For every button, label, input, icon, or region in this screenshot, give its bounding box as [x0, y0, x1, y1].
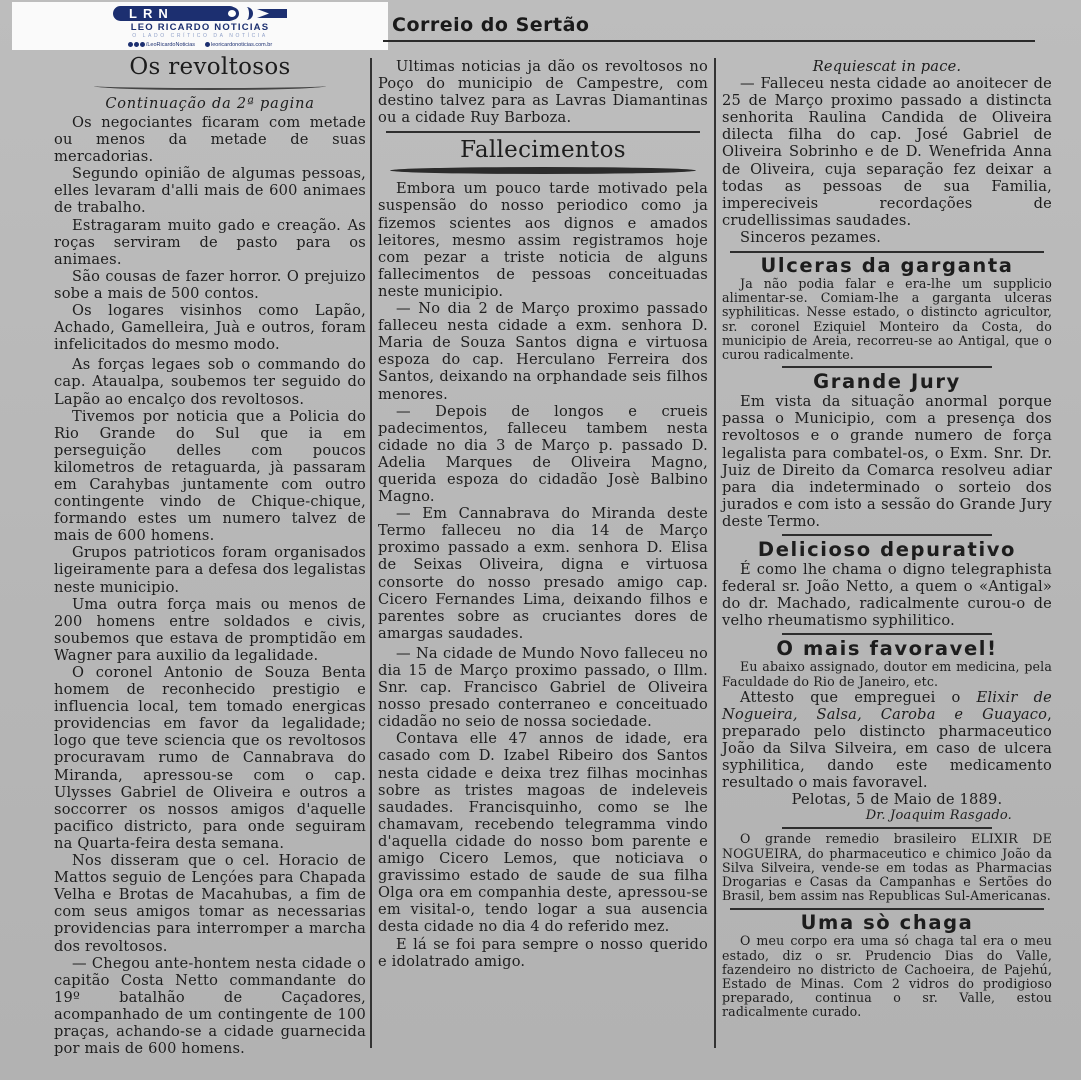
paragraph: Embora um pouco tarde motivado pela susp…: [378, 180, 708, 300]
paragraph: — Depois de longos e crueis padecimentos…: [378, 403, 708, 506]
paragraph: Nos disseram que o cel. Horacio de Matto…: [54, 852, 366, 955]
paragraph: Uma outra força mais ou menos de 200 hom…: [54, 596, 366, 664]
paragraph-continued: — Chegou ante-hontem nesta cidade o capi…: [54, 955, 366, 1058]
paragraph: Tivemos por noticia que a Policia do Rio…: [54, 408, 366, 545]
article-title-revoltosos: Os revoltosos: [54, 52, 366, 82]
paragraph: O coronel Antonio de Souza Benta homem d…: [54, 664, 366, 852]
column-divider: [370, 58, 372, 1048]
newspaper-page: LRN LEO RICARDO NOTICIAS O LADO CRÍTICO …: [0, 0, 1081, 1080]
paragraph: As forças legaes sob o commando do cap. …: [54, 356, 366, 407]
paragraph: — Falleceu nesta cidade ao anoitecer de …: [722, 75, 1052, 229]
column-2: Ultimas noticias ja dão os revoltosos no…: [378, 58, 708, 970]
paragraph: Em vista da situação anormal porque pass…: [722, 393, 1052, 530]
section-rule: [782, 633, 992, 635]
website-text: leoricardonoticias.com.br: [211, 42, 272, 48]
logo-text: LRN: [113, 6, 237, 21]
facebook-icon: [128, 42, 133, 47]
lrn-logo-icon: LRN: [113, 6, 287, 21]
youtube-icon: [140, 42, 145, 47]
paragraph: Attesto que empreguei o Elixir de Noguei…: [722, 689, 1052, 792]
globe-icon: [205, 42, 210, 47]
paragraph: Contava elle 47 annos de idade, era casa…: [378, 730, 708, 935]
section-rule: [730, 251, 1044, 253]
watermark-links: /LeoRicardoNoticias leoricardonoticias.c…: [12, 42, 388, 49]
social-handle: /LeoRicardoNoticias: [146, 42, 195, 48]
paragraph: Eu abaixo assignado, doutor em medicina,…: [722, 660, 1052, 688]
watermark-logo: LRN LEO RICARDO NOTICIAS O LADO CRÍTICO …: [12, 2, 388, 50]
watermark-tagline: O LADO CRÍTICO DA NOTÍCIA: [12, 33, 388, 39]
paragraph: O grande remedio brasileiro ELIXIR DE NO…: [722, 832, 1052, 903]
dateline: Pelotas, 5 de Maio de 1889.: [722, 791, 1052, 808]
article-title-fallecimentos: Fallecimentos: [378, 135, 708, 165]
column-1: Os revoltosos Continuação da 2ª pagina O…: [54, 52, 366, 1057]
paragraph: O meu corpo era uma só chaga tal era o m…: [722, 934, 1052, 1019]
instagram-icon: [134, 42, 139, 47]
article-title-ulceras: Ulceras da garganta: [722, 255, 1052, 277]
article-title-chaga: Uma sò chaga: [722, 912, 1052, 934]
paragraph: Segundo opinião de algumas pessoas, elle…: [54, 165, 366, 216]
column-divider: [714, 58, 716, 1048]
paragraph: Os negociantes ficaram com metade ou men…: [54, 114, 366, 165]
text-run: Attesto que empreguei o: [740, 689, 977, 706]
article-title-grande-jury: Grande Jury: [722, 371, 1052, 393]
paragraph: Sinceros pezames.: [722, 229, 1052, 246]
section-rule: [782, 534, 992, 536]
ornament-divider: [390, 167, 696, 174]
section-rule: [386, 131, 700, 133]
section-rule: [782, 827, 992, 829]
ornament-divider: [94, 82, 326, 90]
column-3: Requiescat in pace. — Falleceu nesta cid…: [722, 58, 1052, 1020]
article-title-favoravel: O mais favoravel!: [722, 638, 1052, 660]
watermark-name: LEO RICARDO NOTICIAS: [12, 23, 388, 33]
paragraph: — Na cidade de Mundo Novo falleceu no di…: [378, 645, 708, 730]
masthead-rule: [383, 40, 1035, 42]
paragraph: É como lhe chama o digno telegraphista f…: [722, 561, 1052, 629]
masthead-title: Correio do Sertão: [392, 14, 589, 36]
paragraph-continued: E lá se foi para sempre o nosso querido …: [378, 936, 708, 970]
paragraph: — No dia 2 de Março proximo passado fall…: [378, 300, 708, 403]
paragraph: Ja não podia falar e era-lhe um supplici…: [722, 277, 1052, 362]
section-rule: [730, 908, 1044, 910]
requiescat-line: Requiescat in pace.: [722, 58, 1052, 75]
website-link: leoricardonoticias.com.br: [205, 42, 272, 49]
social-links: /LeoRicardoNoticias: [128, 42, 195, 49]
signature: Dr. Joaquim Rasgado.: [722, 808, 1052, 823]
paragraph: Os logares visinhos como Lapão, Achado, …: [54, 302, 366, 353]
paragraph: — Em Cannabrava do Miranda deste Termo f…: [378, 505, 708, 642]
paragraph: Grupos patrioticos foram organisados lig…: [54, 544, 366, 595]
section-rule: [782, 366, 992, 368]
article-subtitle: Continuação da 2ª pagina: [54, 94, 366, 114]
article-title-delicioso: Delicioso depurativo: [722, 539, 1052, 561]
paragraph: Ultimas noticias ja dão os revoltosos no…: [378, 58, 708, 126]
paragraph: Estragaram muito gado e creação. As roça…: [54, 217, 366, 268]
paragraph: São cousas de fazer horror. O prejuizo s…: [54, 268, 366, 302]
